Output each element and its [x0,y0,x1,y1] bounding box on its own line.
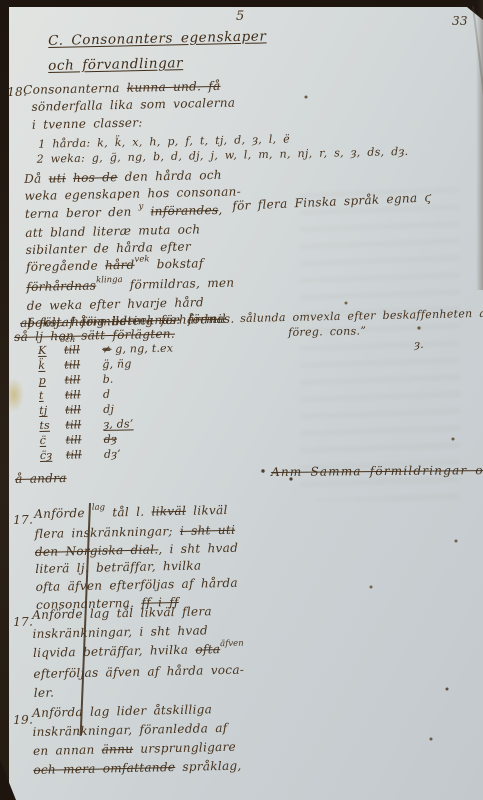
paragraph-17a-number: 17. [13,512,33,530]
heading-line-2: och förvandlingar [48,55,183,75]
table-row: c̈ȝ till dȝ’ [40,447,175,464]
table-till: till [65,418,103,434]
table-letter: p [39,374,65,389]
ink-mark: ȝ. [414,337,424,352]
folio-number: 33 [452,13,468,30]
manuscript-photo: 5 33 C. Consonanters egenskaper och förv… [0,0,483,800]
table-result: ȝ, ds’ [103,417,133,433]
table-till: till [64,358,102,374]
photo-edge-right [476,0,483,290]
table-letter: tj [39,404,65,419]
table-row: K till ≠ g, ng, t.ex [38,342,173,359]
table-till: till [66,448,104,464]
table-result: d [103,388,111,403]
table-till: till [65,388,103,404]
photo-edge-left [0,0,9,800]
table-result: b. [103,373,114,388]
paragraph-main: Då uti hos de den hårda och weka egenska… [24,166,244,332]
table-letter: t [39,389,65,404]
left-margin-struck-text: å andra [15,470,67,488]
paragraph-17b: Anförde lag tål likväl flera inskränknin… [32,602,245,703]
table-till: till [65,403,103,419]
right-struck-text: Anm Samma förmildringar och [271,462,483,481]
ink-bleed-through [300,180,460,500]
photo-edge-top [0,0,483,7]
gradation-table: K till ≠ g, ng, t.ex k̈ till g̈, n̈g p t… [38,342,175,464]
paragraph-19: Anförda lag lider åtskilliga inskränknin… [32,700,242,780]
page-number: 5 [236,8,245,25]
right-margin-note-line-2: föreg. cons.” [288,323,366,340]
table-letter: k̈ [38,359,64,374]
table-result: dȝ’ [104,448,121,463]
paragraph-17a: Anförde lag tål l. likväl likväl flera i… [34,502,239,615]
table-till: till [66,433,104,449]
table-till: till [65,373,103,389]
table-till: till [64,343,102,359]
table-result: dȝ [104,433,117,448]
table-letter: c̈ [40,434,66,449]
table-letter: ts [39,419,65,434]
paragraph-18: Consonanterna kunna und. få sönderfalla … [23,74,409,167]
table-result: ≠ g, ng, t.ex [102,342,173,358]
paragraph-17b-number: 17. [13,614,33,632]
table-result: dj [103,403,114,418]
paragraph-19-number: 19. [13,712,33,730]
table-result: g̈, n̈g [102,357,131,373]
table-letter: K [38,344,64,359]
table-letter: c̈ȝ [40,449,66,464]
